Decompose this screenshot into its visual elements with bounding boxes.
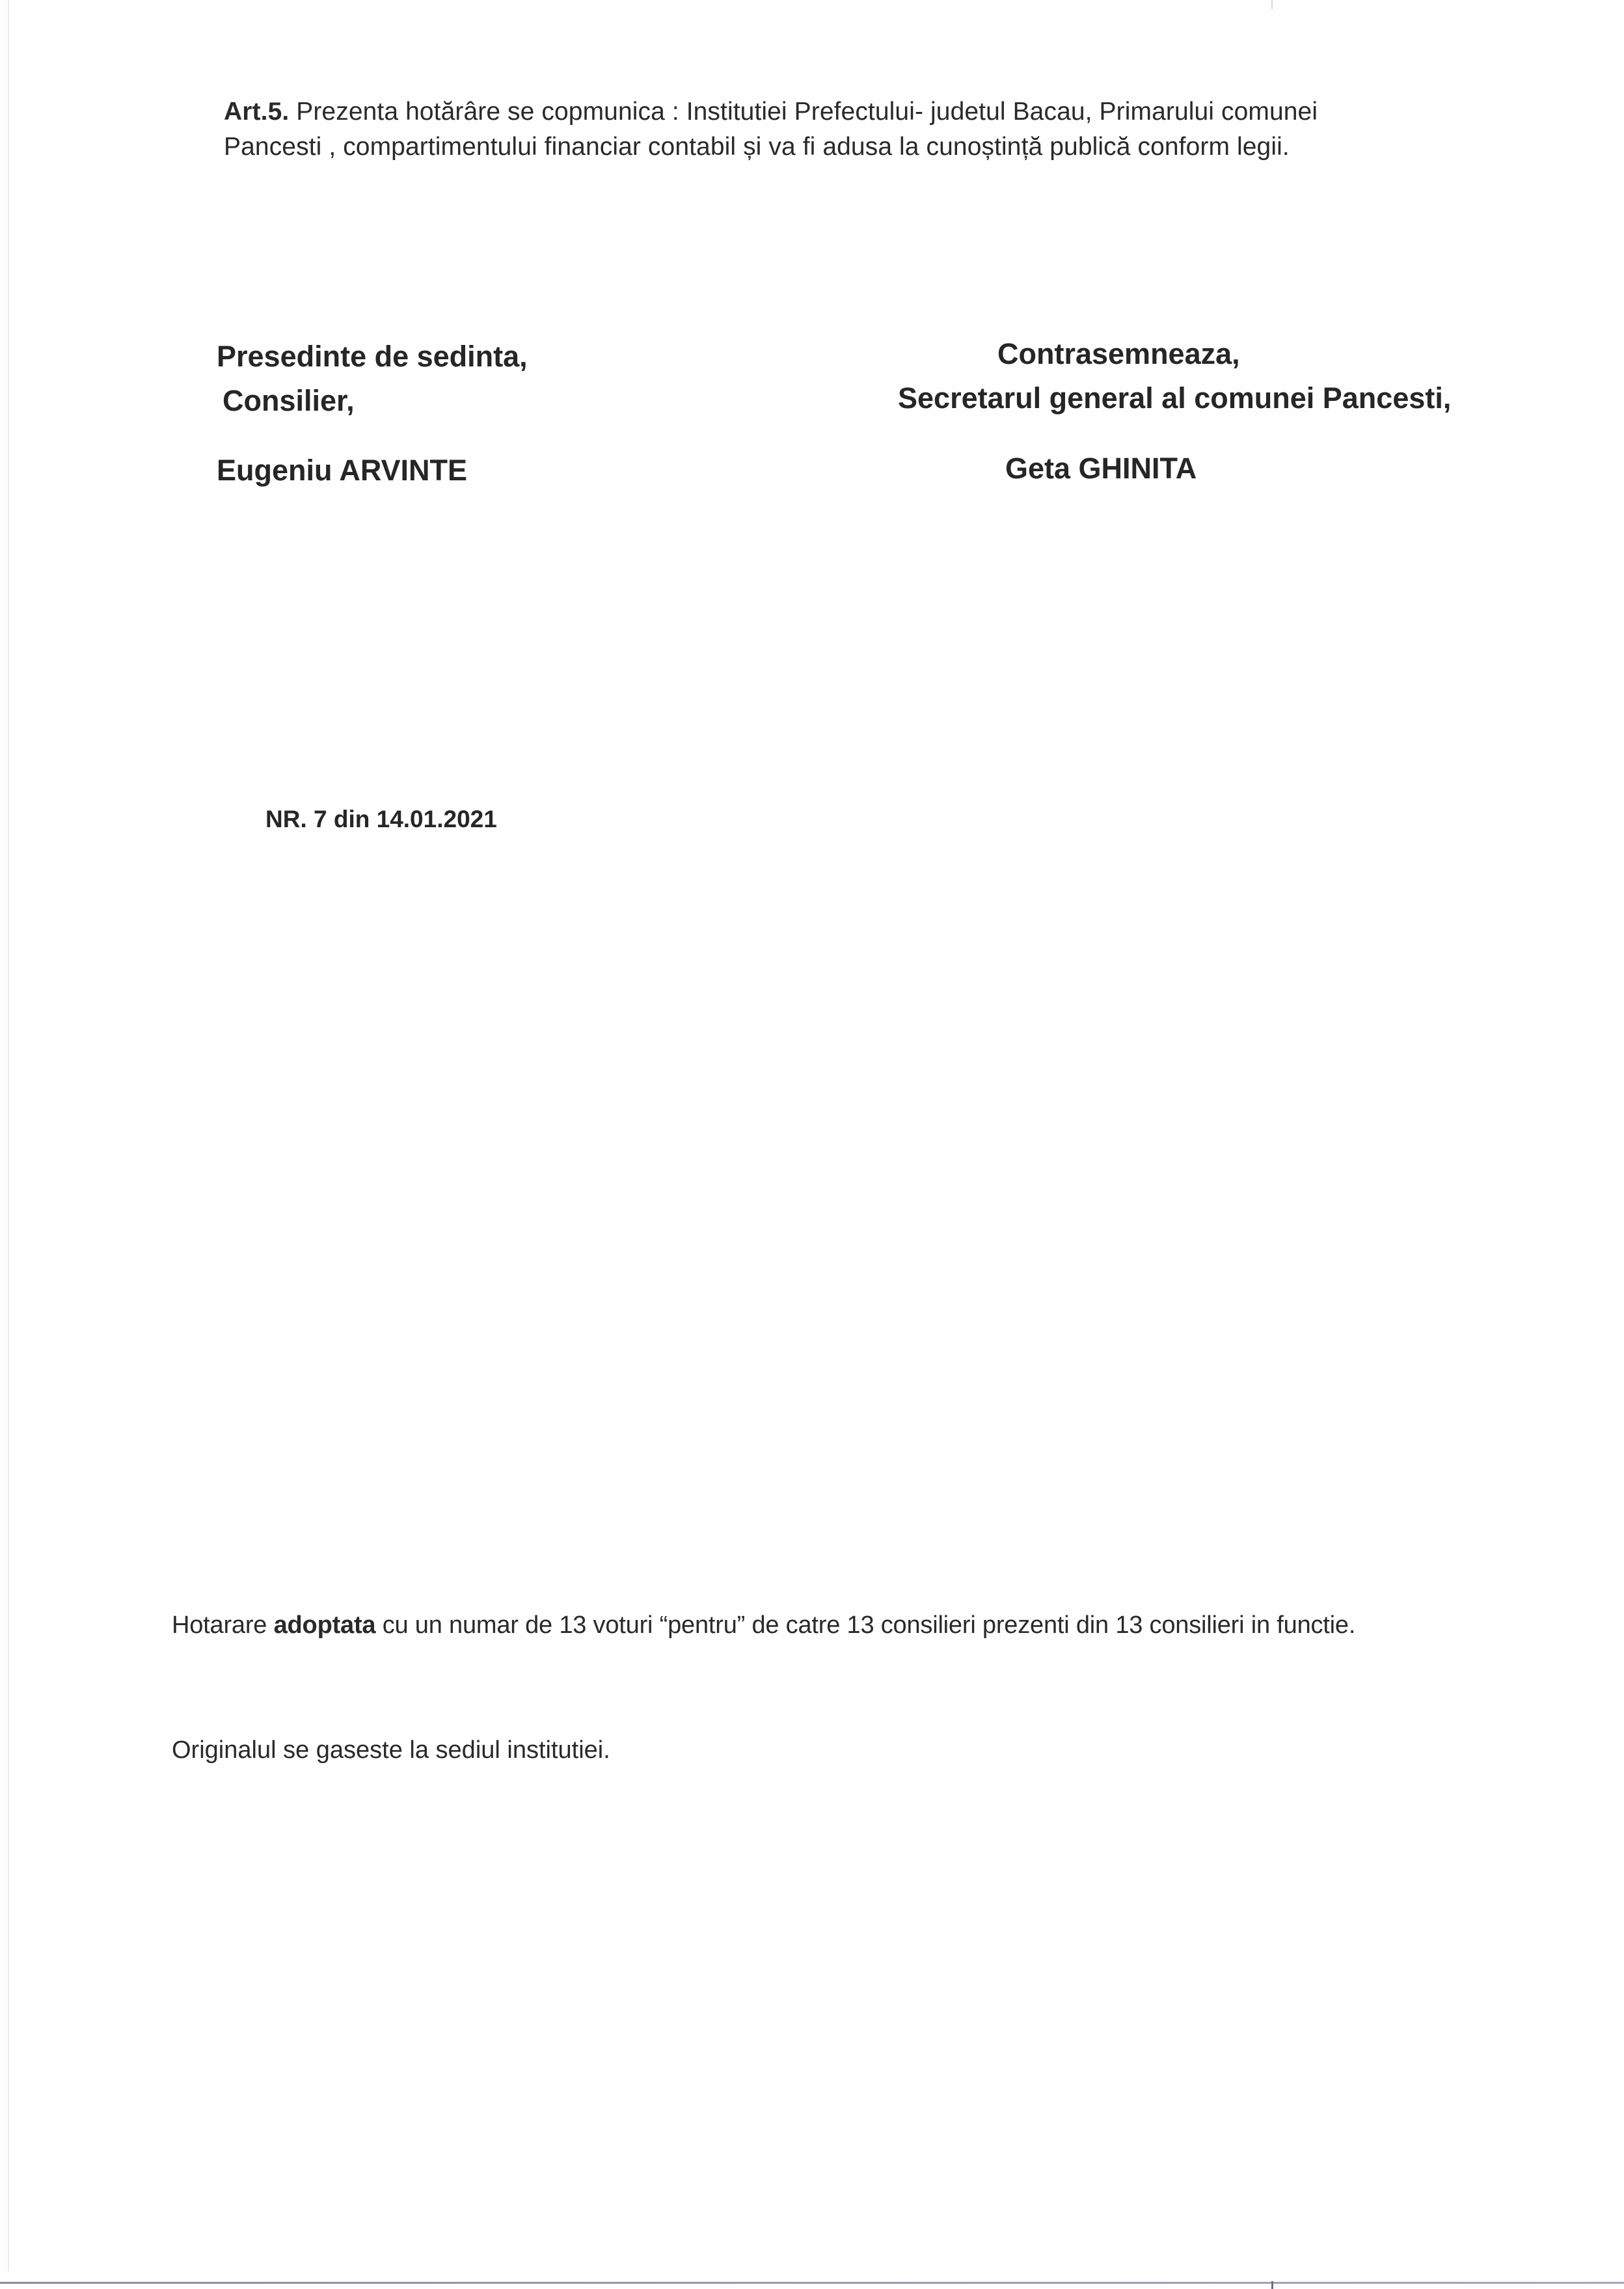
chair-name: Eugeniu ARVINTE: [217, 454, 467, 487]
article-label: Art.5.: [224, 98, 289, 126]
scan-edge: [8, 0, 9, 2271]
countersign-title: Contrasemneaza,: [997, 337, 1240, 371]
decision-number: NR. 7 din 14.01.2021: [265, 806, 497, 833]
vote-statement: Hotarare adoptata cu un numar de 13 votu…: [172, 1611, 1355, 1639]
scan-mark-bottom: [1271, 2281, 1273, 2289]
original-note: Originalul se gaseste la sediul institut…: [172, 1736, 610, 1764]
document-page: Art.5. Prezenta hotărâre se copmunica : …: [0, 0, 1624, 2289]
vote-emphasis: adoptata: [274, 1611, 376, 1639]
article-5-paragraph: Art.5. Prezenta hotărâre se copmunica : …: [224, 94, 1558, 165]
page-bottom-border: [0, 2282, 1624, 2284]
vote-suffix: cu un numar de 13 voturi “pentru” de cat…: [375, 1611, 1355, 1639]
chair-title: Presedinte de sedinta,: [217, 340, 528, 374]
vote-prefix: Hotarare: [172, 1611, 274, 1639]
secretary-name: Geta GHINITA: [1005, 452, 1197, 486]
article-text-line1: Prezenta hotărâre se copmunica : Institu…: [289, 98, 1318, 126]
scan-mark: [1271, 0, 1273, 9]
chair-role: Consilier,: [223, 384, 355, 418]
secretary-role: Secretarul general al comunei Pancesti,: [898, 381, 1451, 415]
article-text-line2: Pancesti , compartimentului financiar co…: [224, 133, 1290, 161]
